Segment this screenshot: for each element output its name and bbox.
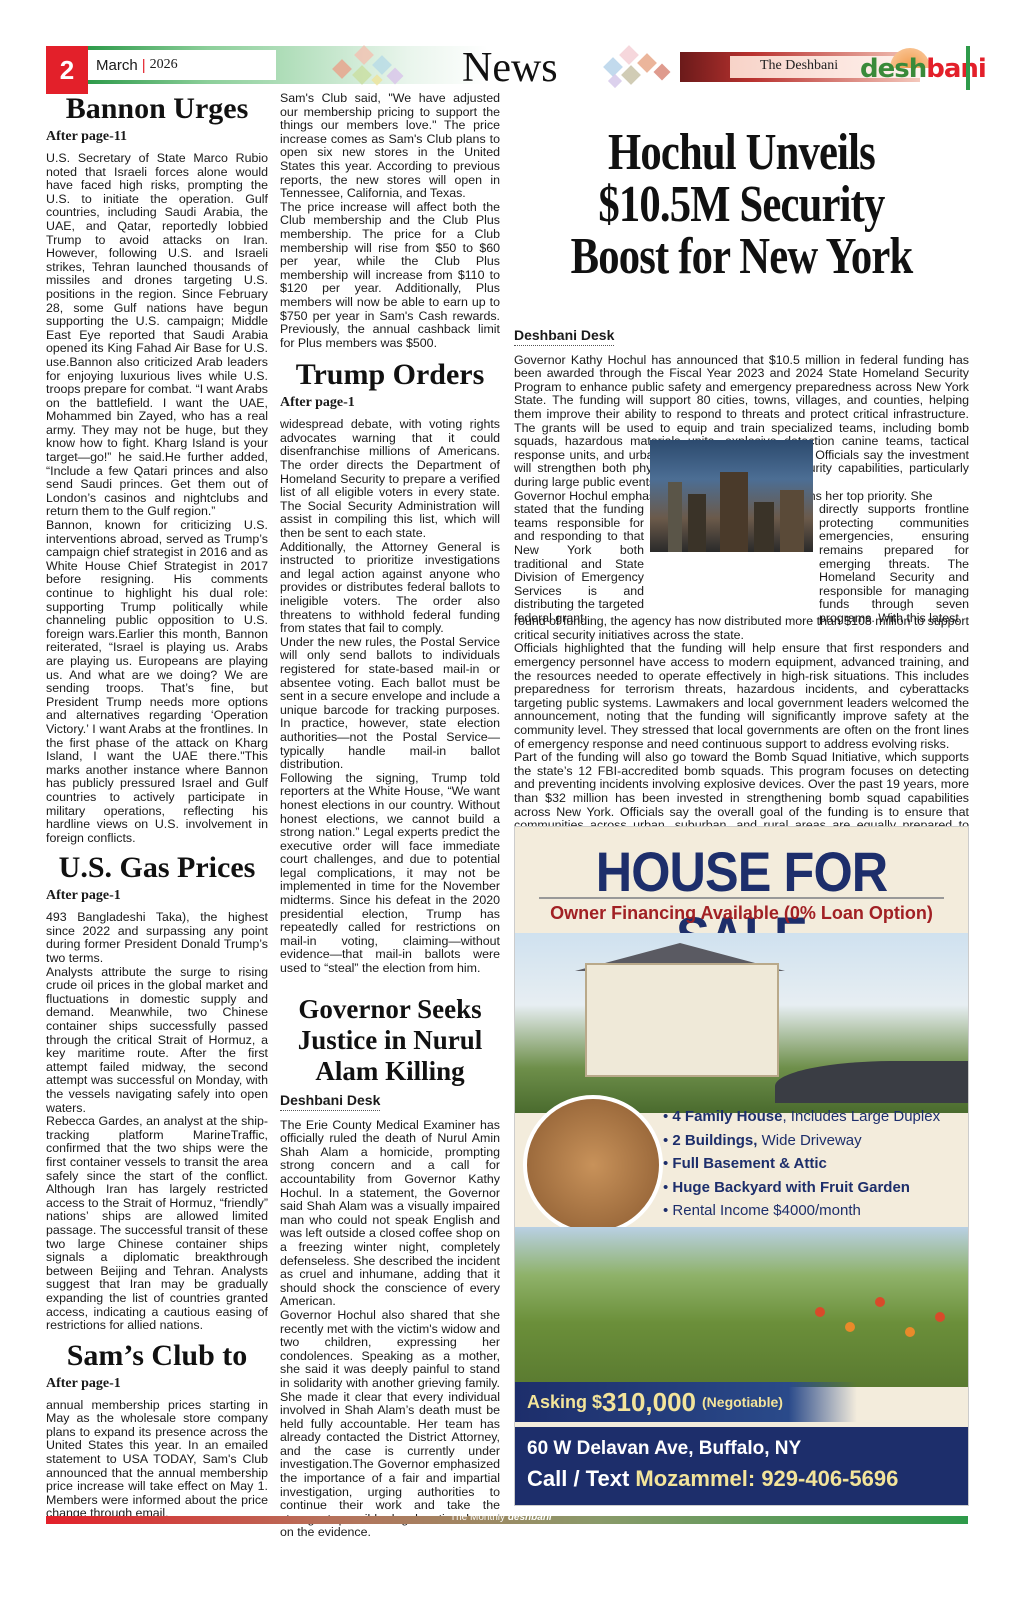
- headline-gas-prices[interactable]: U.S. Gas Prices: [46, 851, 268, 885]
- ad-subtitle: Owner Financing Available (0% Loan Optio…: [515, 903, 968, 924]
- feature-item: Rental Income $4000/month: [663, 1199, 940, 1223]
- nyc-skyline-photo: [650, 440, 813, 552]
- column-1: Bannon Urges After page-11 U.S. Secretar…: [46, 92, 268, 1521]
- asking-note: (Negotiable): [702, 1394, 783, 1410]
- column-2: Sam's Club said, "We have adjusted our m…: [280, 92, 500, 1540]
- issue-year: 2026: [150, 57, 178, 73]
- paragraph: Sam's Club said, "We have adjusted our m…: [280, 92, 500, 201]
- article-trump-orders: Trump Orders After page-1 widespread deb…: [280, 358, 500, 975]
- decorative-diamonds-icon: [325, 44, 425, 90]
- feature-item: Full Basement & Attic: [663, 1152, 940, 1176]
- tomato-shape: [905, 1327, 915, 1337]
- headline-bannon[interactable]: Bannon Urges: [46, 92, 268, 126]
- date-separator: |: [142, 57, 146, 74]
- asking-price-banner: Asking $310,000(Negotiable): [515, 1382, 857, 1422]
- article-sams-club: Sam’s Club to After page-1 annual member…: [46, 1339, 268, 1521]
- paragraph: Under the new rules, the Postal Service …: [280, 636, 500, 772]
- garden-photo: [515, 1227, 968, 1387]
- house-for-sale-ad[interactable]: HOUSE FOR SALE Owner Financing Available…: [514, 826, 969, 1506]
- issue-date: March | 2026: [88, 50, 276, 80]
- article-sams-club-continued: Sam's Club said, "We have adjusted our m…: [280, 92, 500, 350]
- page-number: 2: [46, 46, 88, 94]
- paragraph: Following the signing, Trump told report…: [280, 772, 500, 976]
- kicker[interactable]: After page-1: [46, 887, 268, 905]
- headline-hochul[interactable]: Hochul Unveils $10.5M Security Boost for…: [555, 127, 928, 283]
- paragraph: 493 Bangladeshi Taka), the highest since…: [46, 911, 268, 965]
- paragraph: Rebecca Gardes, an analyst at the ship-t…: [46, 1115, 268, 1333]
- paragraph: The Erie County Medical Examiner has off…: [280, 1119, 500, 1309]
- ad-contact: 60 W Delavan Ave, Buffalo, NY Call / Tex…: [515, 1427, 968, 1505]
- byline: Deshbani Desk: [280, 1091, 380, 1111]
- headline-sams-club[interactable]: Sam’s Club to: [46, 1339, 268, 1373]
- article-gas-prices: U.S. Gas Prices After page-1 493 Banglad…: [46, 851, 268, 1332]
- paragraph-wrap-right: directly supports frontline protecting c…: [819, 503, 969, 615]
- feature-item: 2 Buildings, Wide Driveway: [663, 1129, 940, 1153]
- paragraph: U.S. Secretary of State Marco Rubio note…: [46, 152, 268, 519]
- article-bannon: Bannon Urges After page-11 U.S. Secretar…: [46, 92, 268, 845]
- footer-brand: The Monthly deshbani: [450, 1512, 552, 1523]
- building-shape: [780, 490, 804, 552]
- kicker[interactable]: After page-1: [280, 394, 500, 412]
- ad-divider: [539, 897, 944, 899]
- paragraph: Bannon, known for criticizing U.S. inter…: [46, 519, 268, 845]
- paragraph-wrap-left: stated that the funding teams responsibl…: [514, 503, 644, 615]
- paragraph: Officials highlighted that the funding w…: [514, 642, 969, 751]
- paragraph: widespread debate, with voting rights ad…: [280, 418, 500, 540]
- logo-accent-bar: [966, 46, 970, 90]
- headline-trump-orders[interactable]: Trump Orders: [280, 358, 500, 392]
- ad-address: 60 W Delavan Ave, Buffalo, NY: [527, 1435, 956, 1463]
- kicker[interactable]: After page-1: [46, 1375, 268, 1393]
- tomato-shape: [935, 1312, 945, 1322]
- asking-label: Asking $: [527, 1392, 602, 1413]
- paragraph: annual membership prices starting in May…: [46, 1399, 268, 1521]
- paragraph: The price increase will affect both the …: [280, 201, 500, 351]
- feature-item: 4 Family House, Includes Large Duplex: [663, 1105, 940, 1129]
- banner-text: The Deshbani: [760, 58, 838, 74]
- building-shape: [754, 502, 774, 552]
- section-title: News: [462, 44, 558, 92]
- house-photo: [515, 933, 968, 1113]
- tomato-shape: [815, 1307, 825, 1317]
- asking-price: 310,000: [602, 1387, 696, 1418]
- byline: Deshbani Desk: [514, 326, 614, 346]
- house-shape: [585, 963, 779, 1077]
- paragraph: Governor Hochul also shared that she rec…: [280, 1309, 500, 1540]
- kicker[interactable]: After page-11: [46, 128, 268, 146]
- building-shape: [720, 472, 748, 552]
- ad-features-list: 4 Family House, Includes Large Duplex 2 …: [663, 1105, 940, 1223]
- decorative-diamonds-right-icon: [600, 44, 690, 90]
- interior-photo: [523, 1095, 663, 1235]
- ad-call[interactable]: Call / Text Mozammel: 929-406-5696: [527, 1463, 956, 1495]
- paragraph: Additionally, the Attorney General is in…: [280, 541, 500, 636]
- ad-phone[interactable]: Mozammel: 929-406-5696: [635, 1466, 898, 1491]
- paragraph: Analysts attribute the surge to rising c…: [46, 966, 268, 1116]
- tomato-shape: [875, 1297, 885, 1307]
- building-shape: [688, 494, 706, 552]
- feature-item: Huge Backyard with Fruit Garden: [663, 1176, 940, 1200]
- logo-text-desh: desh: [860, 54, 926, 84]
- issue-month: March: [96, 57, 138, 74]
- paragraph: round of funding, the agency has now dis…: [514, 615, 969, 642]
- building-shape: [668, 482, 682, 552]
- article-nurul-alam: Governor Seeks Justice in Nurul Alam Kil…: [280, 994, 500, 1540]
- headline-nurul-alam[interactable]: Governor Seeks Justice in Nurul Alam Kil…: [280, 994, 500, 1087]
- tomato-shape: [845, 1322, 855, 1332]
- logo-text-bani: bani: [926, 54, 986, 84]
- driveway-shape: [775, 1061, 969, 1103]
